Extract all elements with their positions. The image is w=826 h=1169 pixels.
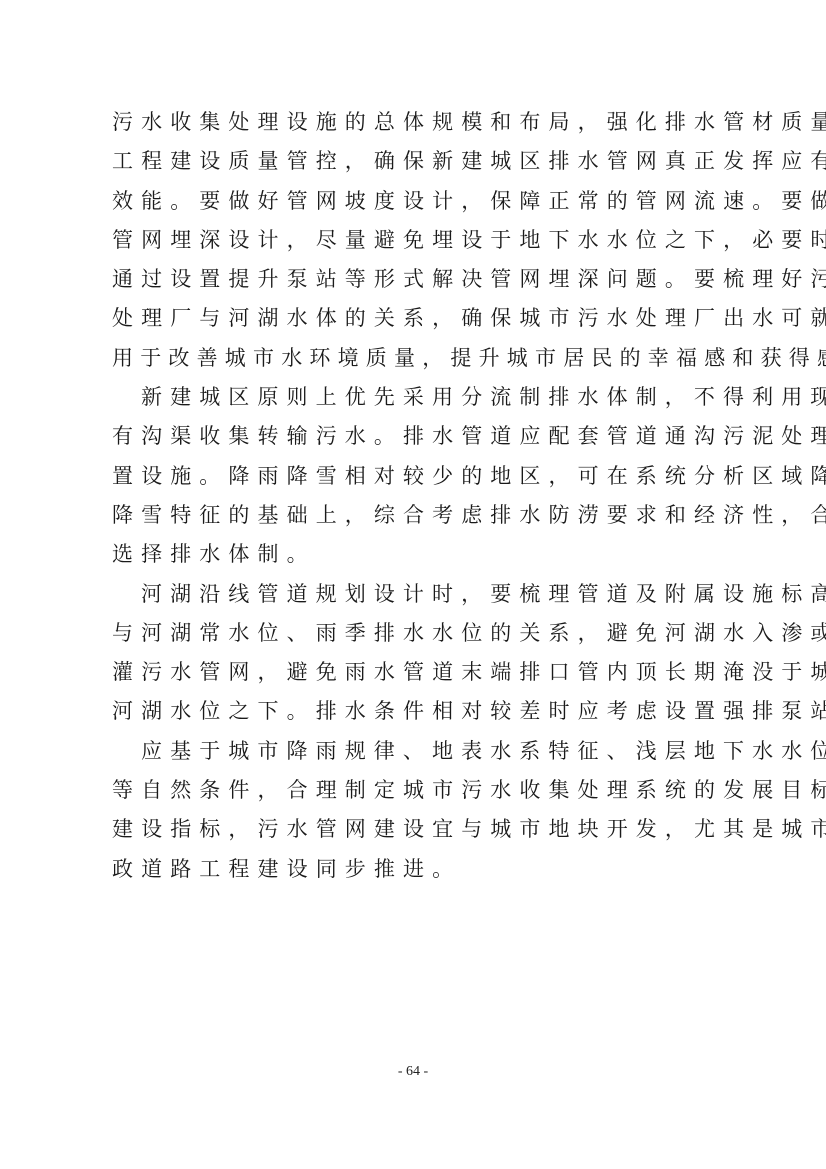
paragraph-2: 新建城区原则上优先采用分流制排水体制，不得利用现 有沟渠收集转输污水。排水管道应… <box>112 378 737 574</box>
text-line: 选择排水体制。 <box>112 535 737 574</box>
text-line: 建设指标，污水管网建设宜与城市地块开发，尤其是城市市 <box>112 810 737 849</box>
text-line: 等自然条件，合理制定城市污水收集处理系统的发展目标和 <box>112 771 737 810</box>
text-line: 工程建设质量管控，确保新建城区排水管网真正发挥应有的 <box>112 142 737 181</box>
text-line: 处理厂与河湖水体的关系，确保城市污水处理厂出水可就近 <box>112 299 737 338</box>
text-line: 降雪特征的基础上，综合考虑排水防涝要求和经济性，合理 <box>112 496 737 535</box>
text-line: 河湖沿线管道规划设计时，要梳理管道及附属设施标高 <box>112 575 737 614</box>
text-line: 灌污水管网，避免雨水管道末端排口管内顶长期淹没于城市 <box>112 653 737 692</box>
body-text: 污水收集处理设施的总体规模和布局，强化排水管材质量和 工程建设质量管控，确保新建… <box>112 103 737 889</box>
paragraph-4: 应基于城市降雨规律、地表水系特征、浅层地下水水位 等自然条件，合理制定城市污水收… <box>112 732 737 889</box>
text-line: 污水收集处理设施的总体规模和布局，强化排水管材质量和 <box>112 103 737 142</box>
text-line: 效能。要做好管网坡度设计，保障正常的管网流速。要做好 <box>112 182 737 221</box>
text-line: 政道路工程建设同步推进。 <box>112 850 737 889</box>
text-line: 管网埋深设计，尽量避免埋设于地下水水位之下，必要时可 <box>112 221 737 260</box>
page-number: - 64 - <box>0 1064 826 1080</box>
text-line: 通过设置提升泵站等形式解决管网埋深问题。要梳理好污水 <box>112 260 737 299</box>
paragraph-3: 河湖沿线管道规划设计时，要梳理管道及附属设施标高 与河湖常水位、雨季排水水位的关… <box>112 575 737 732</box>
text-line: 新建城区原则上优先采用分流制排水体制，不得利用现 <box>112 378 737 417</box>
paragraph-1: 污水收集处理设施的总体规模和布局，强化排水管材质量和 工程建设质量管控，确保新建… <box>112 103 737 378</box>
text-line: 用于改善城市水环境质量，提升城市居民的幸福感和获得感。 <box>112 339 737 378</box>
text-line: 河湖水位之下。排水条件相对较差时应考虑设置强排泵站。 <box>112 692 737 731</box>
text-line: 有沟渠收集转输污水。排水管道应配套管道通沟污泥处理处 <box>112 417 737 456</box>
text-line: 置设施。降雨降雪相对较少的地区，可在系统分析区域降雨 <box>112 457 737 496</box>
document-page: 污水收集处理设施的总体规模和布局，强化排水管材质量和 工程建设质量管控，确保新建… <box>0 0 826 1169</box>
text-line: 与河湖常水位、雨季排水水位的关系，避免河湖水入渗或倒 <box>112 614 737 653</box>
text-line: 应基于城市降雨规律、地表水系特征、浅层地下水水位 <box>112 732 737 771</box>
